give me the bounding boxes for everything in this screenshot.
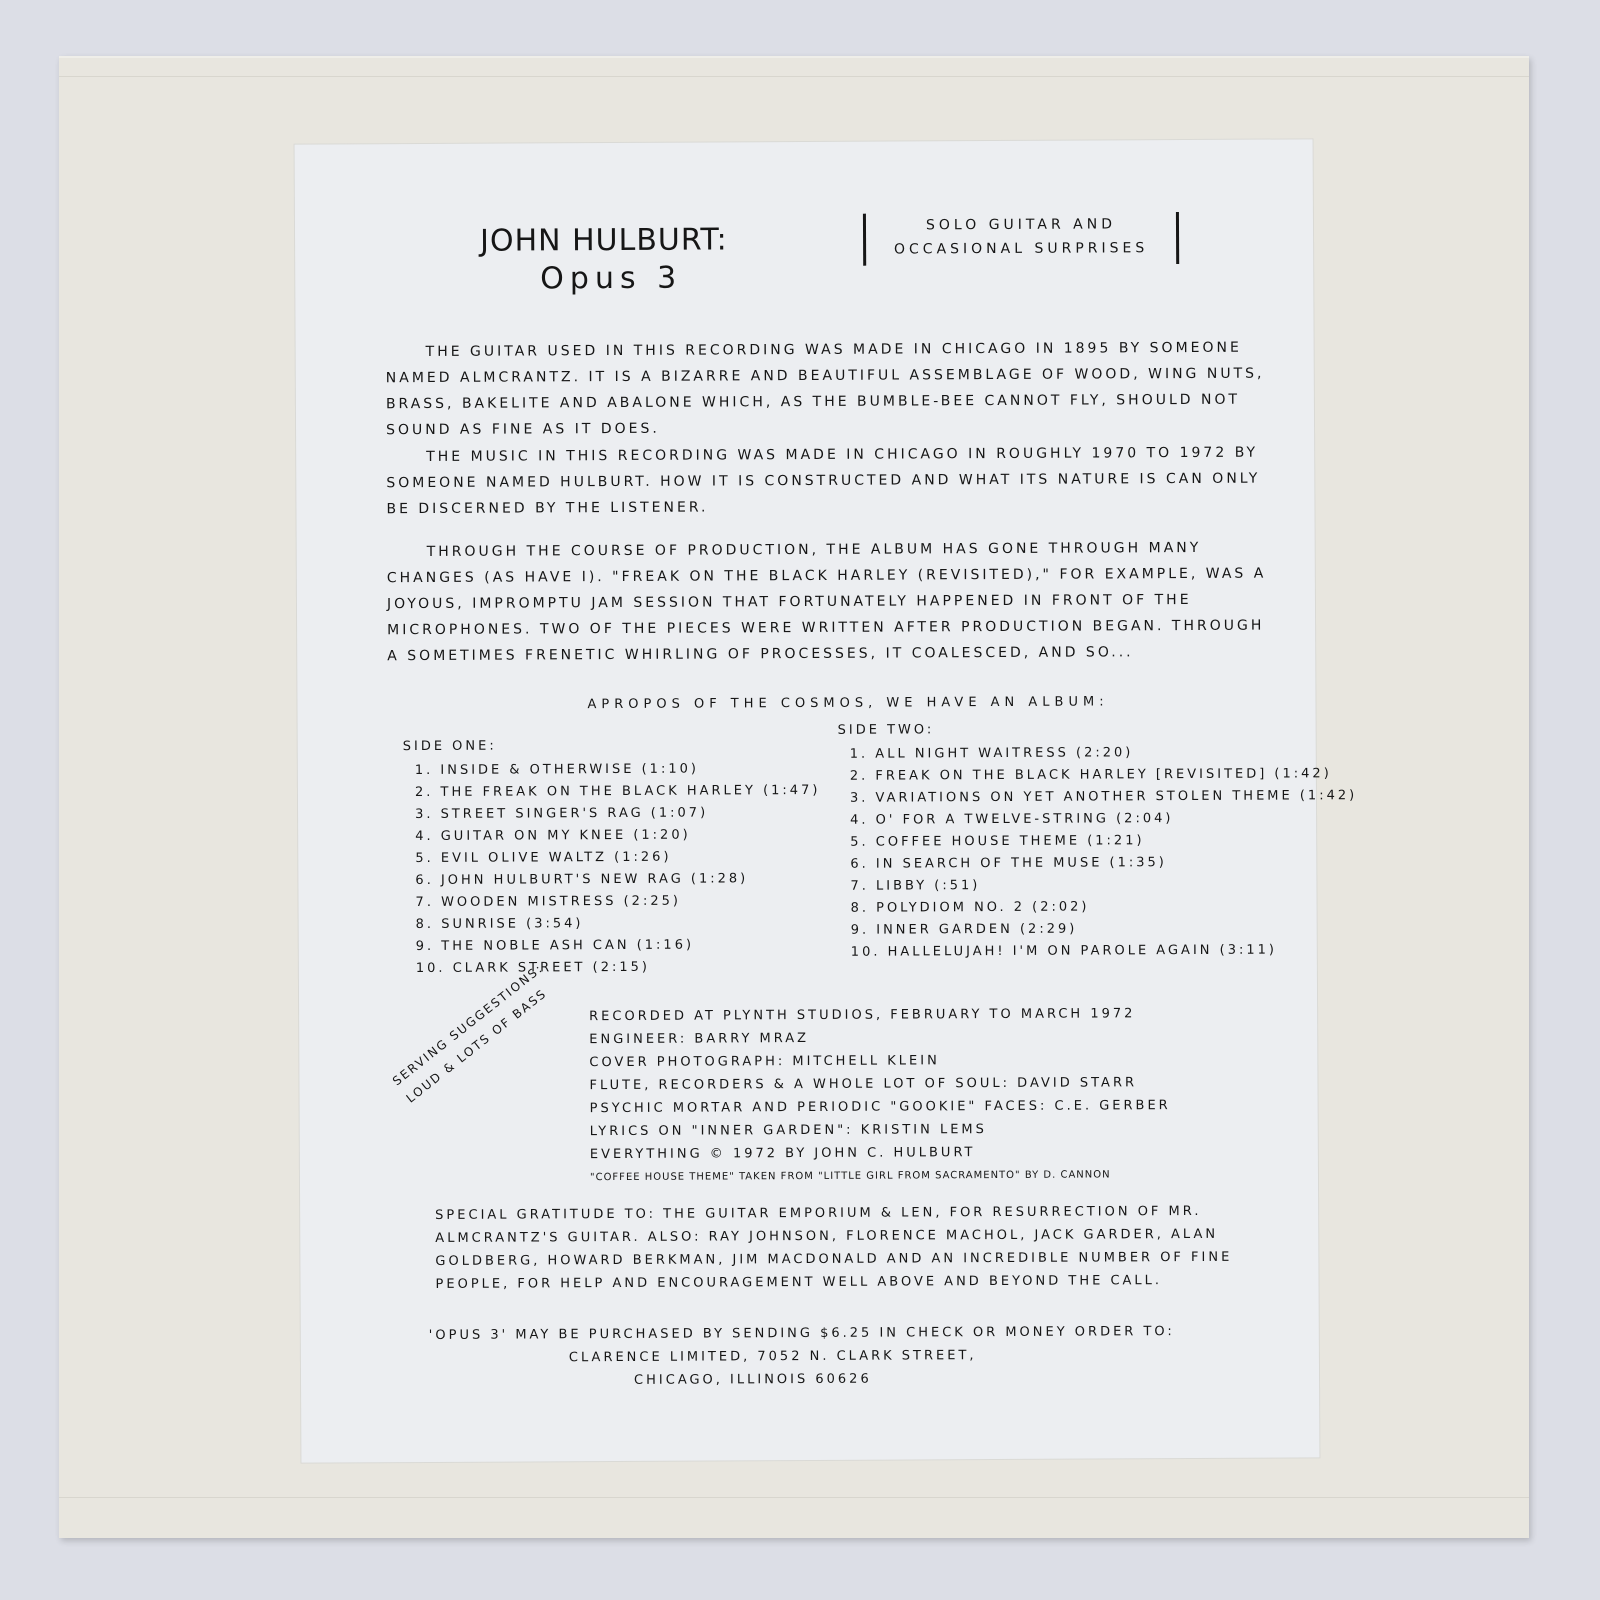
serving-suggestions: SERVING SUGGESTIONS: LOUD & LOTS OF BASS xyxy=(387,958,562,1109)
credit-line: ENGINEER: BARRY MRAZ xyxy=(589,1025,1170,1051)
sleeve-seam xyxy=(59,76,1529,77)
credit-line: PSYCHIC MORTAR AND PERIODIC "GOOKIE" FAC… xyxy=(590,1094,1171,1120)
credit-line: COVER PHOTOGRAPH: MITCHELL KLEIN xyxy=(589,1048,1170,1074)
special-gratitude: SPECIAL GRATITUDE TO: THE GUITAR EMPORIU… xyxy=(435,1200,1275,1296)
track-item: 1. ALL NIGHT WAITRESS (2:20) xyxy=(838,741,1357,766)
track-item: 7. LIBBY (:51) xyxy=(838,873,1357,898)
side-two-label: SIDE TWO: xyxy=(838,717,1357,742)
credit-line: RECORDED AT PLYNTH STUDIOS, FEBRUARY TO … xyxy=(589,1002,1170,1028)
side-two-tracklist: SIDE TWO: 1. ALL NIGHT WAITRESS (2:20) 2… xyxy=(838,717,1358,964)
track-item: 2. FREAK ON THE BLACK HARLEY [REVISITED]… xyxy=(838,763,1357,788)
track-item: 5. COFFEE HOUSE THEME (1:21) xyxy=(838,829,1357,854)
track-item: 10. CLARK STREET (2:15) xyxy=(404,956,822,980)
track-item: 4. GUITAR ON MY KNEE (1:20) xyxy=(403,824,821,848)
liner-paragraph-2: THE MUSIC IN THIS RECORDING WAS MADE IN … xyxy=(386,440,1266,523)
tagline-line-1: SOLO GUITAR AND xyxy=(866,212,1176,238)
track-item: 4. O' FOR A TWELVE-STRING (2:04) xyxy=(838,807,1357,832)
side-one-tracklist: SIDE ONE: 1. INSIDE & OTHERWISE (1:10) 2… xyxy=(403,734,822,980)
credits-note: "COFFEE HOUSE THEME" TAKEN FROM "LITTLE … xyxy=(590,1163,1171,1189)
track-item: 7. WOODEN MISTRESS (2:25) xyxy=(403,890,821,914)
credits-block: RECORDED AT PLYNTH STUDIOS, FEBRUARY TO … xyxy=(589,1002,1171,1189)
track-item: 6. IN SEARCH OF THE MUSE (1:35) xyxy=(838,851,1357,876)
side-one-label: SIDE ONE: xyxy=(403,734,821,758)
track-item: 9. INNER GARDEN (2:29) xyxy=(839,917,1358,942)
liner-notes-sheet: JOHN HULBURT: Opus 3 SOLO GUITAR AND OCC… xyxy=(295,139,1320,1462)
serving-suggestions-value: LOUD & LOTS OF BASS xyxy=(401,975,562,1109)
artist-title: JOHN HULBURT: xyxy=(480,222,728,258)
credit-line: LYRICS ON "INNER GARDEN": KRISTIN LEMS xyxy=(590,1117,1171,1143)
track-item: 3. VARIATIONS ON YET ANOTHER STOLEN THEM… xyxy=(838,785,1357,810)
track-item: 3. STREET SINGER'S RAG (1:07) xyxy=(403,802,821,826)
credit-line: FLUTE, RECORDERS & A WHOLE LOT OF SOUL: … xyxy=(589,1071,1170,1097)
apropos-line: APROPOS OF THE COSMOS, WE HAVE AN ALBUM: xyxy=(587,694,1108,712)
track-item: 1. INSIDE & OTHERWISE (1:10) xyxy=(403,758,821,782)
tagline-box: SOLO GUITAR AND OCCASIONAL SURPRISES xyxy=(863,212,1179,266)
track-item: 8. POLYDIOM No. 2 (2:02) xyxy=(839,895,1358,920)
tagline-line-2: OCCASIONAL SURPRISES xyxy=(866,236,1176,262)
track-item: 5. EVIL OLIVE WALTZ (1:26) xyxy=(403,846,821,870)
liner-paragraph-3: THROUGH THE COURSE OF PRODUCTION, THE AL… xyxy=(387,535,1268,670)
track-item: 2. THE FREAK ON THE BLACK HARLEY (1:47) xyxy=(403,780,821,804)
sleeve-seam-bottom xyxy=(59,1497,1529,1498)
track-item: 6. JOHN HULBURT'S NEW RAG (1:28) xyxy=(403,868,821,892)
track-item: 9. THE NOBLE ASH CAN (1:16) xyxy=(404,934,822,958)
liner-paragraph-1: THE GUITAR USED IN THIS RECORDING WAS MA… xyxy=(386,335,1267,444)
credit-line: EVERYTHING © 1972 BY JOHN C. HULBURT xyxy=(590,1140,1171,1166)
order-info: 'OPUS 3' MAY BE PURCHASED BY SENDING $6.… xyxy=(429,1320,1175,1393)
album-title: Opus 3 xyxy=(540,261,682,297)
track-item: 10. HALLELUJAH! I'M ON PAROLE AGAIN (3:1… xyxy=(839,939,1358,964)
order-city: CHICAGO, ILLINOIS 60626 xyxy=(429,1366,1175,1393)
track-item: 8. SUNRISE (3:54) xyxy=(404,912,822,936)
order-line-1: 'OPUS 3' MAY BE PURCHASED BY SENDING $6.… xyxy=(429,1320,1175,1347)
